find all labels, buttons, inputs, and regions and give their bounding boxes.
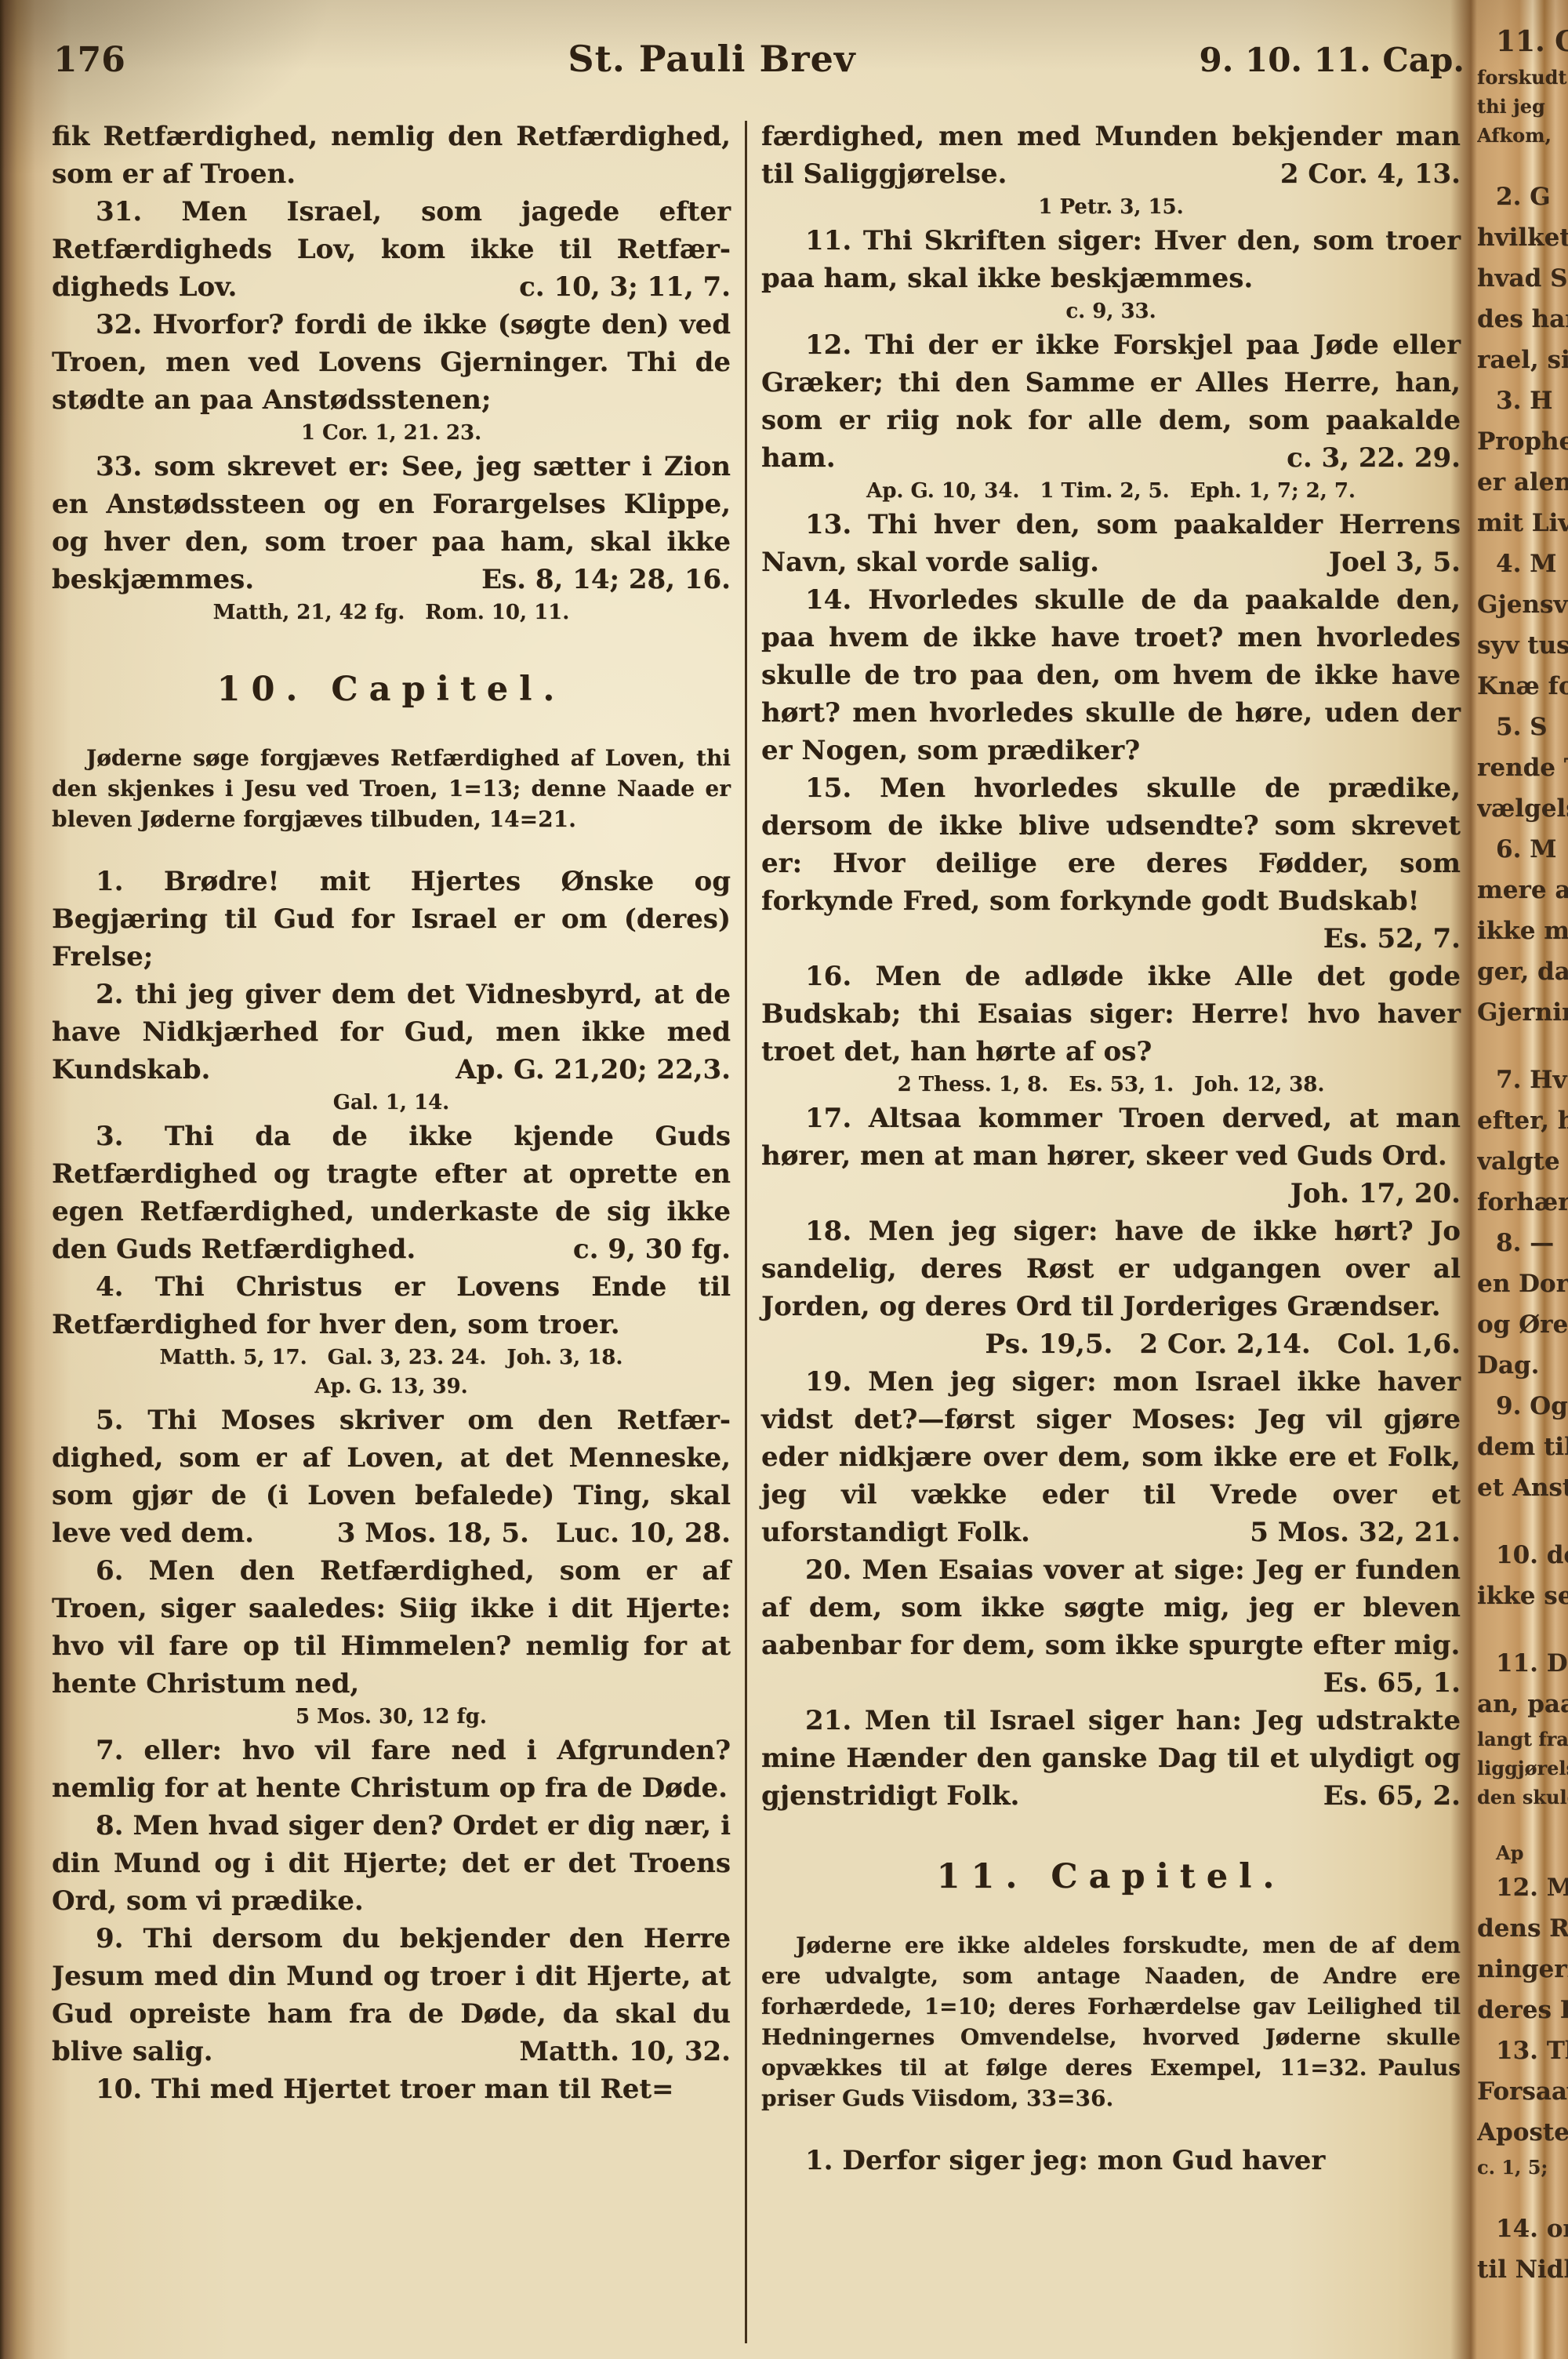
next-page-text-line: 3. H	[1477, 380, 1568, 421]
next-page-text-line: et Anstød	[1477, 1467, 1568, 1508]
verse-text: 15. Men hvorledes skulle de prædike, der…	[761, 772, 1461, 917]
verse-paragraph: 9. Thi dersom du bekjender den Herre Jes…	[52, 1920, 731, 2070]
verse-reference: Ap. G. 21,20; 22,3.	[456, 1051, 731, 1089]
verse-paragraph: 5. Thi Moses skriver om den Retfær­dighe…	[52, 1401, 731, 1552]
next-page-text-line: efter, ha	[1477, 1100, 1568, 1141]
next-page-text-line: Prophet	[1477, 421, 1568, 462]
verse-reference: 5 Mos. 32, 21.	[1250, 1514, 1461, 1551]
next-page-text-line: 13. Thi	[1477, 2030, 1568, 2071]
verse-paragraph: 31. Men Israel, som jagede efter Retfærd…	[52, 193, 731, 306]
chapter-heading: 11. Capitel.	[761, 1860, 1461, 1894]
verse-text: 1. Derfor siger jeg: mon Gud haver	[805, 2145, 1325, 2176]
verse-paragraph: 8. Men hvad siger den? Ordet er dig nær,…	[52, 1807, 731, 1920]
next-page-text-line: Dag.	[1477, 1345, 1568, 1386]
verse-paragraph: 2. thi jeg giver dem det Vidnesbyrd, at …	[52, 976, 731, 1089]
next-page-text-line: mere af	[1477, 870, 1568, 911]
verse-text: 1. Brødre! mit Hjertes Ønske og Begjærin…	[52, 866, 731, 972]
verse-text: Jøderne søge forgjæves Retfærdighed af L…	[52, 745, 731, 832]
next-page-text-line: 6. M	[1477, 829, 1568, 870]
next-page-edge: 11. Caforskudtthi jegAfkom,2. Ghvilkethv…	[1477, 0, 1568, 2359]
verse-text: 8. Men hvad siger den? Ordet er dig nær,…	[52, 1810, 731, 1917]
next-page-text-line: 8. —	[1477, 1223, 1568, 1263]
reference-line: Gal. 1, 14.	[52, 1089, 731, 1118]
reference-line: 5 Mos. 30, 12 fg.	[52, 1703, 731, 1732]
verse-paragraph: 4. Thi Christus er Lovens Ende til Retfæ…	[52, 1268, 731, 1343]
running-header-title: St. Pauli Brev	[226, 41, 1198, 77]
next-page-text-line: til Nidkjær	[1477, 2249, 1568, 2290]
next-page-text-line: forskudt	[1477, 63, 1568, 92]
next-page-text-line: 14. om	[1477, 2208, 1568, 2249]
next-page-text-line: og Øren	[1477, 1304, 1568, 1345]
verse-paragraph: 10. Thi med Hjertet troer man til Ret=	[52, 2070, 731, 2108]
next-page-text-line: dens Rigd	[1477, 1908, 1568, 1949]
next-page-text-line: valgte ho	[1477, 1141, 1568, 1182]
next-page-text-line: 11. Ca	[1477, 20, 1568, 63]
next-page-text-line: Ap	[1477, 1838, 1568, 1867]
reference-line: Ap. G. 10, 34. 1 Tim. 2, 5. Eph. 1, 7; 2…	[761, 477, 1461, 506]
reference-line: Matth. 5, 17. Gal. 3, 23. 24. Joh. 3, 18…	[52, 1343, 731, 1372]
reference-line: 2 Thess. 1, 8. Es. 53, 1. Joh. 12, 38.	[761, 1070, 1461, 1100]
next-page-text-line: Forsaavidt	[1477, 2071, 1568, 2112]
page-number: 176	[53, 43, 226, 78]
next-page-text-line: hvad S	[1477, 258, 1568, 299]
verse-text: 10. Capitel.	[217, 670, 566, 709]
verse-text: fik Retfærdighed, nemlig den Retfærdighe…	[52, 121, 731, 190]
verse-reference: 3 Mos. 18, 5. Luc. 10, 28.	[337, 1514, 731, 1552]
verse-text: 16. Men de adløde ikke Alle det gode Bud…	[761, 961, 1461, 1067]
next-page-text-line: 7. Hv	[1477, 1060, 1568, 1100]
column-divider-rule	[745, 121, 747, 2343]
next-page-text-line: hvilket	[1477, 217, 1568, 258]
verse-text: 20. Men Esaias vover at sige: Jeg er fun…	[761, 1554, 1461, 1661]
next-page-text-line: thi jeg	[1477, 92, 1568, 121]
next-page-text-line: Knæ for	[1477, 666, 1568, 707]
verse-paragraph: 17. Altsaa kommer Troen derved, at man h…	[761, 1100, 1461, 1212]
verse-reference: Joh. 17, 20.	[1290, 1175, 1461, 1212]
chapter-summary: Jøderne søge forgjæves Retfærdighed af L…	[52, 743, 731, 834]
verse-paragraph: fik Retfærdighed, nemlig den Retfærdighe…	[52, 118, 731, 193]
next-page-text-line: Afkom,	[1477, 121, 1568, 150]
next-page-text-line: syv tusi	[1477, 625, 1568, 666]
next-page-text-line: 12. Me	[1477, 1867, 1568, 1908]
verse-text: 6. Men den Retfærdighed, som er af Troen…	[52, 1555, 731, 1699]
reference-line: c. 9, 33.	[761, 297, 1461, 326]
verse-reference: Ps. 19,5. 2 Cor. 2,14. Col. 1,6.	[985, 1325, 1461, 1363]
next-page-text-line: rael, sig	[1477, 340, 1568, 380]
next-page-text-line: vælgelse	[1477, 788, 1568, 829]
next-page-text-line: liggjørelse	[1477, 1754, 1568, 1783]
next-page-text-line: mit Liv.	[1477, 503, 1568, 543]
next-page-text-line: 4. M	[1477, 543, 1568, 584]
book-page-photo: 176 St. Pauli Brev 9. 10. 11. Cap. fik R…	[0, 0, 1568, 2359]
next-page-text-line: ikke see, og	[1477, 1576, 1568, 1616]
verse-paragraph: færdighed, men med Munden bekjender man …	[761, 118, 1461, 193]
verse-reference: 2 Cor. 4, 13.	[1280, 155, 1461, 193]
next-page-text-line: 5. S	[1477, 707, 1568, 747]
verse-paragraph: 7. eller: hvo vil fare ned i Afgrunden? …	[52, 1732, 731, 1807]
verse-paragraph: 19. Men jeg siger: mon Israel ikke haver…	[761, 1363, 1461, 1551]
verse-text: 32. Hvorfor? fordi de ikke (søgte den) v…	[52, 309, 731, 416]
verse-reference: Matth. 10, 32.	[519, 2033, 731, 2070]
verse-paragraph: 13. Thi hver den, som paakalder Her­rens…	[761, 506, 1461, 581]
verse-paragraph: 18. Men jeg siger: have de ikke hørt? Jo…	[761, 1212, 1461, 1363]
verse-reference: c. 9, 30 fg.	[573, 1230, 731, 1268]
verse-paragraph: 6. Men den Retfærdighed, som er af Troen…	[52, 1552, 731, 1703]
running-header-chapters: 9. 10. 11. Cap.	[1198, 44, 1465, 77]
next-page-text-line: 2. G	[1477, 176, 1568, 217]
verse-reference: Es. 8, 14; 28, 16.	[481, 561, 731, 598]
next-page-text-line: langt fra!	[1477, 1725, 1568, 1754]
page-header: 176 St. Pauli Brev 9. 10. 11. Cap.	[53, 41, 1465, 78]
verse-text: 7. eller: hvo vil fare ned i Afgrunden? …	[52, 1735, 731, 1804]
verse-text: 4. Thi Christus er Lovens Ende til Retfæ…	[52, 1271, 731, 1340]
verse-text: 18. Men jeg siger: have de ikke hørt? Jo…	[761, 1216, 1461, 1322]
verse-paragraph: 16. Men de adløde ikke Alle det gode Bud…	[761, 958, 1461, 1070]
verse-reference: Es. 52, 7.	[1323, 920, 1461, 958]
verse-reference: Es. 65, 2.	[1323, 1777, 1461, 1815]
next-page-text-line: Gjensva	[1477, 584, 1568, 625]
verse-paragraph: 12. Thi der er ikke Forskjel paa Jøde el…	[761, 326, 1461, 477]
verse-paragraph: 33. som skrevet er: See, jeg sætter i Zi…	[52, 448, 731, 598]
right-column: færdighed, men med Munden bekjender man …	[761, 118, 1461, 2351]
verse-paragraph: 32. Hvorfor? fordi de ikke (søgte den) v…	[52, 306, 731, 419]
next-page-text-line: ger, da	[1477, 951, 1568, 992]
verse-text: 11. Thi Skriften siger: Hver den, som tr…	[761, 225, 1461, 294]
verse-reference: c. 10, 3; 11, 7.	[519, 268, 731, 306]
verse-reference: Joel 3, 5.	[1329, 543, 1461, 581]
next-page-text-line: deres Fyld	[1477, 1990, 1568, 2030]
next-page-text-line: er alene	[1477, 462, 1568, 503]
next-page-text-line: en Dorskl	[1477, 1263, 1568, 1304]
verse-paragraph: 1. Brødre! mit Hjertes Ønske og Begjærin…	[52, 863, 731, 976]
next-page-text-line: an, paa t	[1477, 1684, 1568, 1725]
reference-line: 1 Cor. 1, 21. 23.	[52, 419, 731, 448]
next-page-text-line: Apostel, pr	[1477, 2112, 1568, 2153]
left-column: fik Retfærdighed, nemlig den Retfærdighe…	[52, 118, 731, 2351]
next-page-text-line: Gjerning	[1477, 992, 1568, 1033]
verse-text: Jøderne ere ikke aldeles forskudte, men …	[761, 1932, 1461, 2111]
verse-paragraph: 14. Hvorledes skulle de da paakalde den,…	[761, 581, 1461, 769]
next-page-text-line: 10. der	[1477, 1535, 1568, 1576]
verse-text: 14. Hvorledes skulle de da paakalde den,…	[761, 584, 1461, 766]
text-columns: fik Retfærdighed, nemlig den Retfærdighe…	[52, 118, 1463, 2351]
next-page-text-line: rende Ti	[1477, 747, 1568, 788]
verse-text: 10. Thi med Hjertet troer man til Ret=	[96, 2074, 674, 2105]
verse-text: 17. Altsaa kommer Troen derved, at man h…	[761, 1103, 1461, 1172]
next-page-text-line: forhærde	[1477, 1182, 1568, 1223]
chapter-summary: Jøderne ere ikke aldeles forskudte, men …	[761, 1930, 1461, 2114]
verse-reference: c. 3, 22. 29.	[1287, 439, 1461, 477]
next-page-text-line: dem til en	[1477, 1427, 1568, 1467]
verse-paragraph: 15. Men hvorledes skulle de prædike, der…	[761, 769, 1461, 958]
reference-line: Ap. G. 13, 39.	[52, 1372, 731, 1401]
next-page-text-line: des har	[1477, 299, 1568, 340]
next-page-text-line: 9. Og	[1477, 1386, 1568, 1427]
verse-text: 11. Capitel.	[937, 1857, 1286, 1896]
chapter-heading: 10. Capitel.	[52, 673, 731, 707]
verse-paragraph: 3. Thi da de ikke kjende Guds Retfærdigh…	[52, 1118, 731, 1268]
next-page-text-line: den skulde	[1477, 1783, 1568, 1812]
reference-line: 1 Petr. 3, 15.	[761, 193, 1461, 222]
next-page-text-line: 11. De	[1477, 1643, 1568, 1684]
verse-paragraph: 21. Men til Israel siger han: Jeg udstra…	[761, 1702, 1461, 1815]
next-page-text-line: c. 1, 5;	[1477, 2153, 1568, 2182]
reference-line: Matth, 21, 42 fg. Rom. 10, 11.	[52, 598, 731, 627]
verse-reference: Es. 65, 1.	[1323, 1664, 1461, 1702]
next-page-text-line: ikke mere	[1477, 911, 1568, 951]
verse-paragraph: 20. Men Esaias vover at sige: Jeg er fun…	[761, 1551, 1461, 1702]
verse-paragraph: 1. Derfor siger jeg: mon Gud haver	[761, 2142, 1461, 2179]
next-page-text-line: ningernes	[1477, 1949, 1568, 1990]
verse-paragraph: 11. Thi Skriften siger: Hver den, som tr…	[761, 222, 1461, 297]
